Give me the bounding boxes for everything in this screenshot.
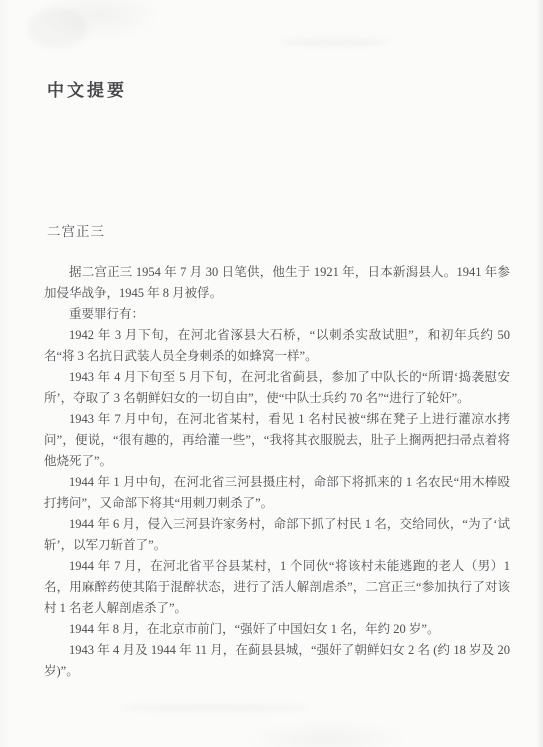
paragraph-crime-1944-06: 1944 年 6 月，侵入三河县许家务村，命部下抓了村民 1 名，交给同伙，“为… bbox=[44, 514, 510, 556]
paragraph-intro: 据二宫正三 1954 年 7 月 30 日笔供，他生于 1921 年，日本新潟县… bbox=[44, 262, 510, 304]
paragraph-crime-1943-1944: 1943 年 4 月及 1944 年 11 月，在蓟县县城，“强奸了朝鲜妇女 2… bbox=[44, 640, 510, 682]
paragraph-crimes-lead: 重要罪行有： bbox=[44, 304, 510, 325]
paragraph-crime-1942-03: 1942 年 3 月下旬，在河北省涿县大石桥，“以刺杀实敌试胆”，和初年兵约 5… bbox=[44, 325, 510, 367]
page-title: 中文提要 bbox=[0, 0, 543, 102]
scan-artifact bbox=[120, 704, 310, 711]
section-heading-author: 二宫正三 bbox=[0, 102, 543, 241]
document-body: 据二宫正三 1954 年 7 月 30 日笔供，他生于 1921 年，日本新潟县… bbox=[44, 262, 510, 682]
paragraph-crime-1944-01: 1944 年 1 月中旬，在河北省三河县摄庄村，命部下将抓来的 1 名农民“用木… bbox=[44, 472, 510, 514]
document-page: 中文提要 二宫正三 据二宫正三 1954 年 7 月 30 日笔供，他生于 19… bbox=[0, 0, 543, 747]
paragraph-crime-1943-07: 1943 年 7 月中旬，在河北省某村，看见 1 名村民被“绑在凳子上进行灌凉水… bbox=[44, 409, 510, 472]
paragraph-crime-1944-07: 1944 年 7 月，在河北省平谷县某村，1 个同伙“将该村未能逃跑的老人（男）… bbox=[44, 556, 510, 619]
paragraph-crime-1944-08: 1944 年 8 月，在北京市前门，“强奸了中国妇女 1 名，年约 20 岁”。 bbox=[44, 619, 510, 640]
paragraph-crime-1943-04: 1943 年 4 月下旬至 5 月下旬，在河北省蓟县，参加了中队长的“所谓‘捣袭… bbox=[44, 367, 510, 409]
